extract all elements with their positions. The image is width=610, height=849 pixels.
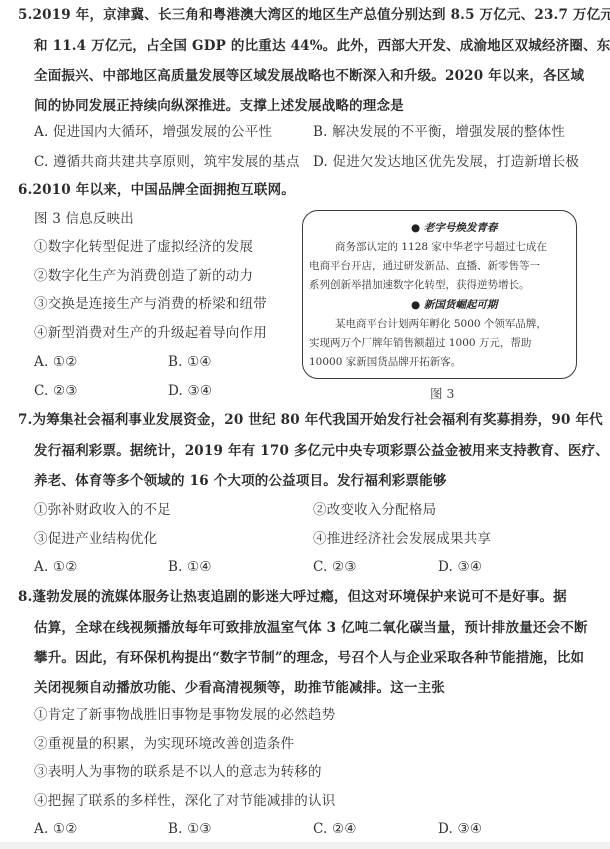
question-7-stem-line-1: 7.为筹集社会福利事业发展资金，20 世纪 80 年代我国开始发行社会福利有奖募… [18, 411, 603, 429]
question-5-stem-line-4: 间的协同发展正持续向纵深推进。支撑上述发展战略的理念是 [34, 97, 404, 115]
question-6-option-a[interactable]: A. ①② [34, 353, 78, 371]
figure-3-box: ● 老字号焕发青春 商务部认定的 1128 家中华老字号超过七成在 电商平台开店… [302, 210, 577, 379]
question-7-statement-2: ②改变收入分配格局 [313, 501, 436, 519]
question-5-stem-line-3: 全面振兴、中部地区高质量发展等区域发展战略也不断深入和升级。2020 年以来，各… [34, 67, 584, 85]
question-7-stem-line-3: 养老、体育等多个领域的 16 个大项的公益项目。发行福利彩票能够 [34, 472, 447, 490]
question-8-option-b[interactable]: B. ①③ [168, 820, 212, 838]
question-6-option-d[interactable]: D. ③④ [168, 382, 212, 400]
question-5-stem-line-1: 5.2019 年，京津冀、长三角和粤港澳大湾区的地区生产总值分别达到 8.5 万… [18, 6, 610, 24]
page-bottom-edge [0, 842, 610, 849]
exam-page: 5.2019 年，京津冀、长三角和粤港澳大湾区的地区生产总值分别达到 8.5 万… [0, 0, 610, 842]
question-6-option-b[interactable]: B. ①④ [168, 353, 212, 371]
question-8-stem-line-2: 估算，全球在线视频播放每年可致排放温室气体 3 亿吨二氧化碳当量，预计排放量还会… [34, 619, 588, 637]
question-6-statement-2: ②数字化生产为消费创造了新的动力 [34, 267, 253, 285]
question-7-option-c[interactable]: C. ②③ [313, 558, 357, 576]
question-5-option-a[interactable]: A. 促进国内大循环，增强发展的公平性 [34, 123, 272, 141]
question-6-prompt: 图 3 信息反映出 [34, 210, 134, 228]
question-5-option-d[interactable]: D. 促进欠发达地区优先发展，打造新增长极 [313, 153, 579, 171]
question-6-statement-4: ④新型消费对生产的升级起着导向作用 [34, 324, 267, 342]
figure-3-caption: 图 3 [430, 384, 454, 402]
question-number: 5. [18, 7, 33, 23]
question-8-option-d[interactable]: D. ③④ [438, 820, 482, 838]
question-8-statement-3: ③表明人为事物的联系是不以人的意志为转移的 [34, 763, 322, 781]
question-7-option-a[interactable]: A. ①② [34, 558, 78, 576]
question-7-option-d[interactable]: D. ③④ [438, 558, 482, 576]
question-number: 8. [18, 589, 33, 605]
question-5-option-b[interactable]: B. 解决发展的不平衡，增强发展的整体性 [313, 123, 565, 141]
figure-section-2-line-1: 某电商平台计划两年孵化 5000 个领军品牌， [335, 317, 547, 331]
question-7-stem-line-2: 发行福利彩票。据统计，2019 年有 170 多亿元中央专项彩票公益金被用来支持… [34, 442, 609, 460]
figure-section-2-line-2: 实现两万个厂牌年销售额超过 1000 万元，帮助 [309, 336, 531, 350]
figure-section-1-line-3: 系列创新举措加速数字化转型，获得逆势增长。 [309, 278, 530, 292]
question-8-stem-line-1: 8.蓬勃发展的流媒体服务让热衷追剧的影迷大呼过瘾，但这对环境保护来说可不是好事。… [18, 588, 567, 606]
question-7-option-b[interactable]: B. ①④ [168, 558, 212, 576]
question-number: 6. [18, 182, 33, 198]
figure-section-1-line-2: 电商平台开店，通过研发新品、直播、新零售等一 [309, 259, 540, 273]
question-5-option-c[interactable]: C. 遵循共商共建共享原则，筑牢发展的基点 [34, 153, 300, 171]
question-8-statement-4: ④把握了联系的多样性，深化了对节能减排的认识 [34, 792, 335, 810]
question-5-stem-line-2: 和 11.4 万亿元，占全国 GDP 的比重达 44%。此外，西部大开发、成渝地… [34, 37, 610, 55]
question-7-statement-3: ③促进产业结构优化 [34, 530, 157, 548]
question-8-option-a[interactable]: A. ①② [34, 820, 78, 838]
question-6-statement-1: ①数字化转型促进了虚拟经济的发展 [34, 238, 253, 256]
question-8-stem-line-4: 关闭视频自动播放功能、少看高清视频等，助推节能减排。这一主张 [34, 679, 445, 697]
question-8-statement-2: ②重视量的积累，为实现环境改善创造条件 [34, 735, 294, 753]
question-6-stem: 6.2010 年以来，中国品牌全面拥抱互联网。 [18, 181, 295, 199]
figure-section-1-heading: ● 老字号焕发青春 [411, 221, 497, 235]
question-8-stem-line-3: 攀升。因此，有环保机构提出“数字节制”的理念，号召个人与企业采取各种节能措施，比… [34, 649, 584, 667]
question-8-statement-1: ①肯定了新事物战胜旧事物是事物发展的必然趋势 [34, 706, 335, 724]
question-6-statement-3: ③交换是连接生产与消费的桥梁和纽带 [34, 295, 267, 313]
question-6-option-c[interactable]: C. ②③ [34, 382, 78, 400]
question-7-statement-1: ①弥补财政收入的不足 [34, 501, 171, 519]
question-number: 7. [18, 412, 33, 428]
question-7-statement-4: ④推进经济社会发展成果共享 [313, 530, 491, 548]
figure-section-2-line-3: 10000 家新国货品牌开拓新客。 [309, 355, 461, 369]
figure-section-1-line-1: 商务部认定的 1128 家中华老字号超过七成在 [335, 240, 547, 254]
question-8-option-c[interactable]: C. ②④ [313, 820, 357, 838]
figure-section-2-heading: ● 新国货崛起可期 [411, 298, 497, 312]
